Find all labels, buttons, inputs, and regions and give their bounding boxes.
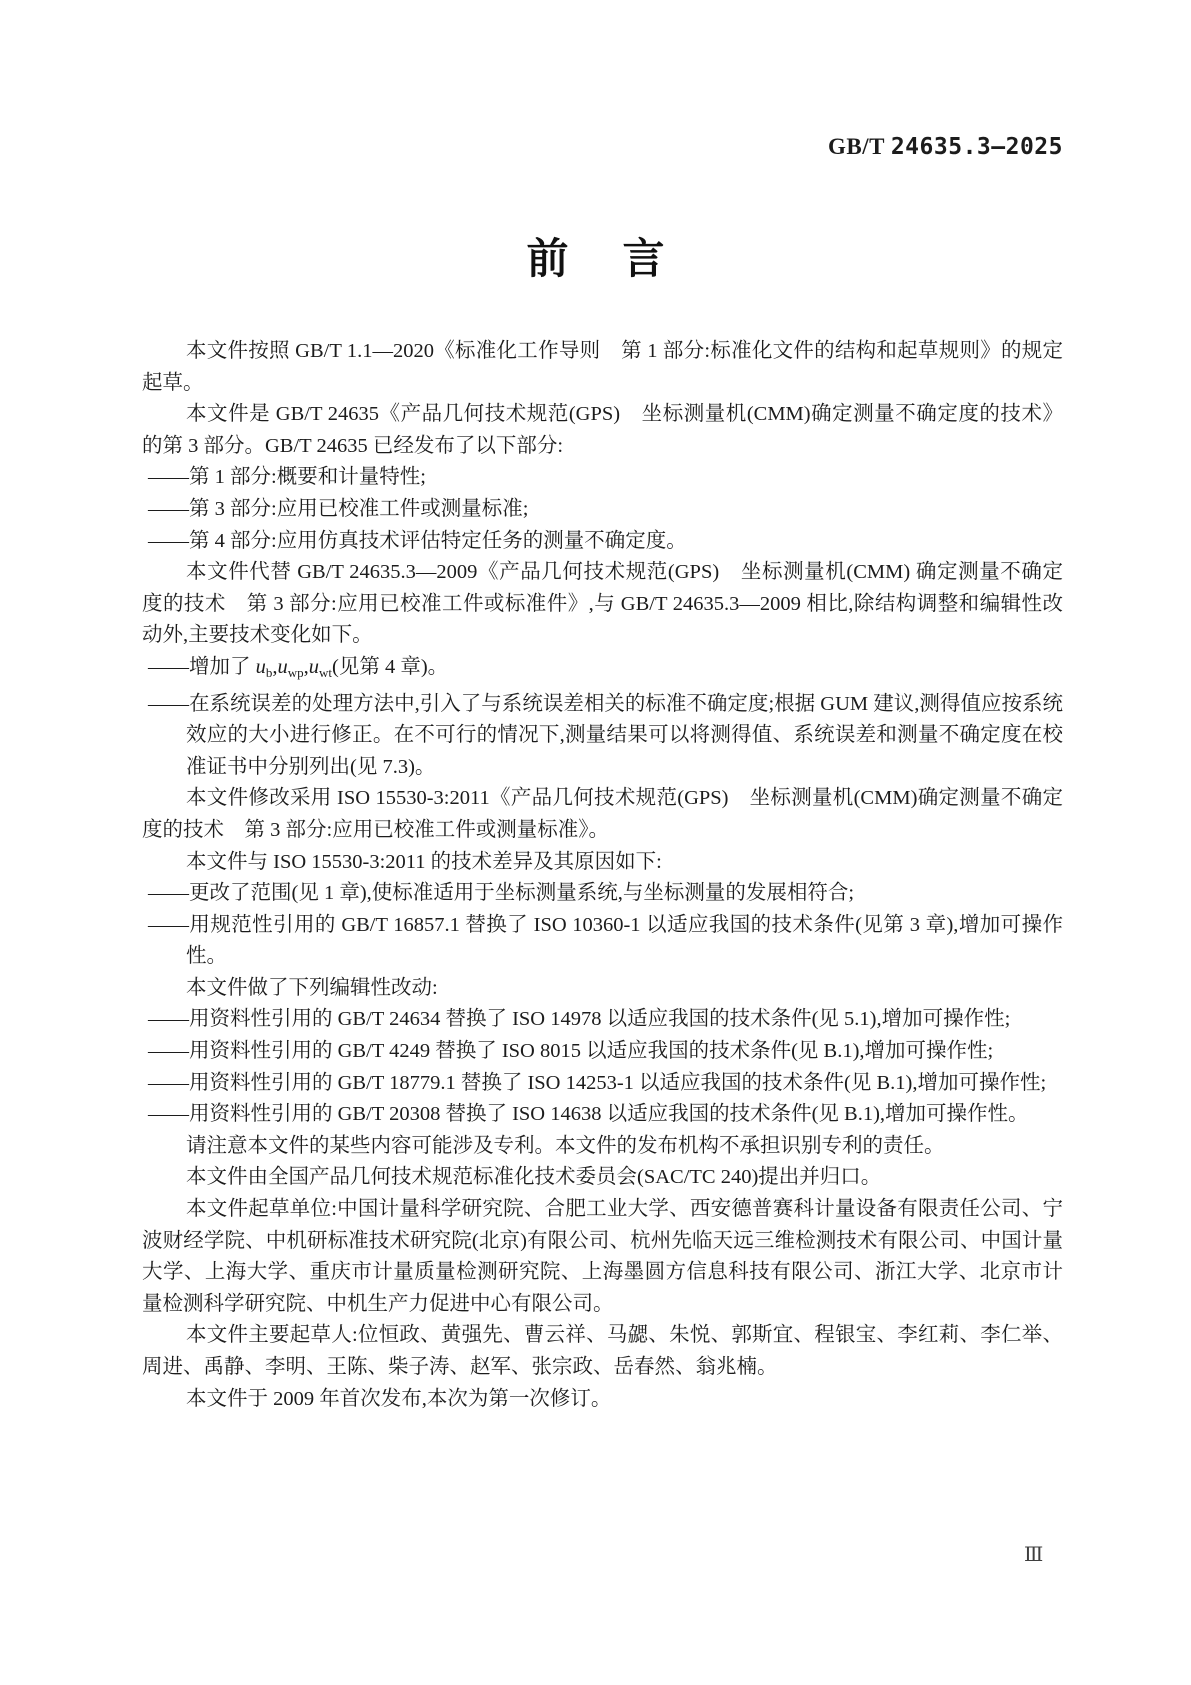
dash-item: ——用规范性引用的 GB/T 16857.1 替换了 ISO 10360-1 以… <box>142 910 1063 973</box>
paragraph: 本文件主要起草人:位恒政、黄强先、曹云祥、马勰、朱悦、郭斯宜、程银宝、李红莉、李… <box>142 1320 1063 1383</box>
paragraph: 本文件代替 GB/T 24635.3—2009《产品几何技术规范(GPS) 坐标… <box>142 557 1063 652</box>
paragraph: 本文件于 2009 年首次发布,本次为第一次修订。 <box>142 1384 1063 1416</box>
dash-item: ——用资料性引用的 GB/T 20308 替换了 ISO 14638 以适应我国… <box>142 1099 1063 1131</box>
paragraph: 本文件修改采用 ISO 15530-3:2011《产品几何技术规范(GPS) 坐… <box>142 783 1063 846</box>
dash-item: ——第 4 部分:应用仿真技术评估特定任务的测量不确定度。 <box>142 526 1063 558</box>
page-title: 前 言 <box>0 234 1191 284</box>
dash-item: ——用资料性引用的 GB/T 4249 替换了 ISO 8015 以适应我国的技… <box>142 1036 1063 1068</box>
dash-item: ——用资料性引用的 GB/T 24634 替换了 ISO 14978 以适应我国… <box>142 1004 1063 1036</box>
dash-item: ——增加了 ub,uwp,uwt(见第 4 章)。 <box>142 652 1063 689</box>
standard-number-value: 24635.3—2025 <box>891 134 1063 160</box>
paragraph: 本文件起草单位:中国计量科学研究院、合肥工业大学、西安德普赛科计量设备有限责任公… <box>142 1194 1063 1320</box>
standard-number: GB/T 24635.3—2025 <box>828 134 1063 160</box>
paragraph: 本文件按照 GB/T 1.1—2020《标准化工作导则 第 1 部分:标准化文件… <box>142 336 1063 399</box>
paragraph: 本文件由全国产品几何技术规范标准化技术委员会(SAC/TC 240)提出并归口。 <box>142 1162 1063 1194</box>
document-page: GB/T 24635.3—2025 前 言 本文件按照 GB/T 1.1—202… <box>0 0 1191 1685</box>
standard-number-prefix: GB/T <box>828 134 885 159</box>
dash-item: ——第 3 部分:应用已校准工件或测量标准; <box>142 494 1063 526</box>
paragraph: 本文件做了下列编辑性改动: <box>142 973 1063 1005</box>
dash-item: ——更改了范围(见 1 章),使标准适用于坐标测量系统,与坐标测量的发展相符合; <box>142 878 1063 910</box>
dash-item: ——在系统误差的处理方法中,引入了与系统误差相关的标准不确定度;根据 GUM 建… <box>142 689 1063 784</box>
paragraph: 请注意本文件的某些内容可能涉及专利。本文件的发布机构不承担识别专利的责任。 <box>142 1131 1063 1163</box>
page-title-char-2: 言 <box>623 234 665 284</box>
dash-item: ——用资料性引用的 GB/T 18779.1 替换了 ISO 14253-1 以… <box>142 1068 1063 1100</box>
page-title-char-1: 前 <box>526 234 568 284</box>
page-number: Ⅲ <box>1024 1542 1043 1567</box>
dash-item: ——第 1 部分:概要和计量特性; <box>142 462 1063 494</box>
foreword-body: 本文件按照 GB/T 1.1—2020《标准化工作导则 第 1 部分:标准化文件… <box>142 336 1063 1415</box>
paragraph: 本文件是 GB/T 24635《产品几何技术规范(GPS) 坐标测量机(CMM)… <box>142 399 1063 462</box>
paragraph: 本文件与 ISO 15530-3:2011 的技术差异及其原因如下: <box>142 847 1063 879</box>
